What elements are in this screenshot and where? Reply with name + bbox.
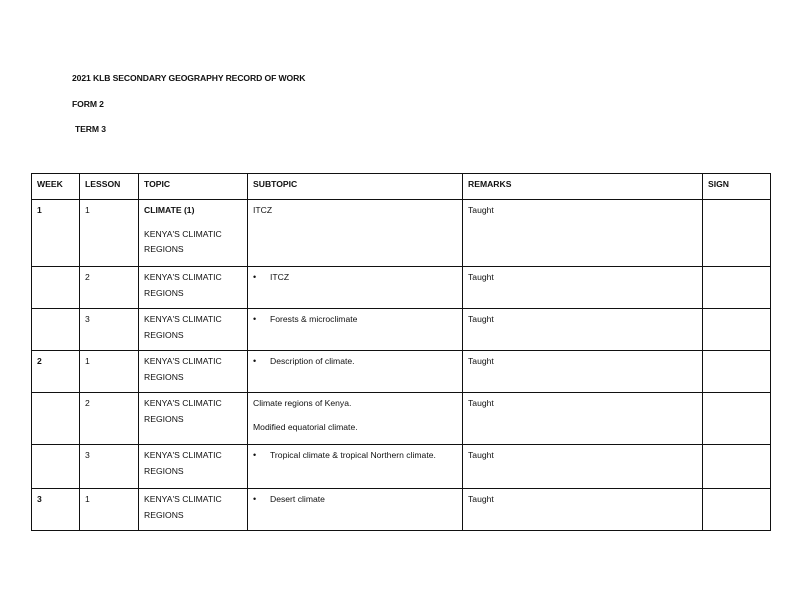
subtopic-text-2: Modified equatorial climate. xyxy=(253,420,457,436)
remarks-cell: Taught xyxy=(463,267,703,309)
remarks-cell: Taught xyxy=(463,445,703,489)
subtopic-text: Forests & microclimate xyxy=(270,312,357,328)
remarks-cell: Taught xyxy=(463,489,703,531)
table-row: 2 KENYA'S CLIMATIC REGIONS Climate regio… xyxy=(32,393,771,445)
topic-cell: KENYA'S CLIMATIC REGIONS xyxy=(139,351,248,393)
table-row: 2 KENYA'S CLIMATIC REGIONS •ITCZ Taught xyxy=(32,267,771,309)
subtopic-text: Description of climate. xyxy=(270,354,355,370)
topic-cell: KENYA'S CLIMATIC REGIONS xyxy=(139,445,248,489)
sign-cell[interactable] xyxy=(703,309,771,351)
table-row: 3 KENYA'S CLIMATIC REGIONS •Forests & mi… xyxy=(32,309,771,351)
table-header-row: WEEK LESSON TOPIC SUBTOPIC REMARKS SIGN xyxy=(32,174,771,200)
column-header-sign: SIGN xyxy=(703,174,771,200)
subtopic-text: Tropical climate & tropical Northern cli… xyxy=(270,448,436,464)
column-header-topic: TOPIC xyxy=(139,174,248,200)
week-cell xyxy=(32,445,80,489)
table-row: 2 1 KENYA'S CLIMATIC REGIONS •Descriptio… xyxy=(32,351,771,393)
lesson-cell: 2 xyxy=(80,267,139,309)
term-label: TERM 3 xyxy=(75,124,106,134)
topic-heading: CLIMATE (1) xyxy=(144,203,242,219)
sign-cell[interactable] xyxy=(703,393,771,445)
subtopic-cell: ITCZ xyxy=(248,200,463,267)
topic-cell: KENYA'S CLIMATIC REGIONS xyxy=(139,489,248,531)
week-cell xyxy=(32,267,80,309)
subtopic-text: ITCZ xyxy=(270,270,289,286)
remarks-cell: Taught xyxy=(463,351,703,393)
column-header-week: WEEK xyxy=(32,174,80,200)
document-title: 2021 KLB SECONDARY GEOGRAPHY RECORD OF W… xyxy=(72,73,305,83)
form-label: FORM 2 xyxy=(72,99,104,109)
table-row: 3 1 KENYA'S CLIMATIC REGIONS •Desert cli… xyxy=(32,489,771,531)
column-header-remarks: REMARKS xyxy=(463,174,703,200)
topic-cell: KENYA'S CLIMATIC REGIONS xyxy=(139,267,248,309)
topic-cell: CLIMATE (1) KENYA'S CLIMATIC REGIONS xyxy=(139,200,248,267)
column-header-lesson: LESSON xyxy=(80,174,139,200)
lesson-cell: 1 xyxy=(80,489,139,531)
lesson-cell: 2 xyxy=(80,393,139,445)
topic-cell: KENYA'S CLIMATIC REGIONS xyxy=(139,309,248,351)
sign-cell[interactable] xyxy=(703,200,771,267)
subtopic-cell: Climate regions of Kenya. Modified equat… xyxy=(248,393,463,445)
subtopic-text: Climate regions of Kenya. xyxy=(253,396,457,412)
bullet-icon: • xyxy=(253,354,270,370)
week-cell: 3 xyxy=(32,489,80,531)
bullet-icon: • xyxy=(253,312,270,328)
record-of-work-table: WEEK LESSON TOPIC SUBTOPIC REMARKS SIGN … xyxy=(31,173,771,531)
bullet-icon: • xyxy=(253,492,270,508)
week-cell xyxy=(32,309,80,351)
topic-cell: KENYA'S CLIMATIC REGIONS xyxy=(139,393,248,445)
topic-text: KENYA'S CLIMATIC REGIONS xyxy=(144,227,242,258)
subtopic-cell: •Desert climate xyxy=(248,489,463,531)
subtopic-cell: •Forests & microclimate xyxy=(248,309,463,351)
sign-cell[interactable] xyxy=(703,351,771,393)
table-row: 3 KENYA'S CLIMATIC REGIONS •Tropical cli… xyxy=(32,445,771,489)
week-cell: 2 xyxy=(32,351,80,393)
remarks-cell: Taught xyxy=(463,393,703,445)
lesson-cell: 1 xyxy=(80,351,139,393)
sign-cell[interactable] xyxy=(703,445,771,489)
bullet-icon: • xyxy=(253,448,270,464)
subtopic-cell: •ITCZ xyxy=(248,267,463,309)
sign-cell[interactable] xyxy=(703,489,771,531)
subtopic-text: Desert climate xyxy=(270,492,325,508)
remarks-cell: Taught xyxy=(463,309,703,351)
lesson-cell: 3 xyxy=(80,445,139,489)
column-header-subtopic: SUBTOPIC xyxy=(248,174,463,200)
remarks-cell: Taught xyxy=(463,200,703,267)
week-cell: 1 xyxy=(32,200,80,267)
subtopic-cell: •Tropical climate & tropical Northern cl… xyxy=(248,445,463,489)
bullet-icon: • xyxy=(253,270,270,286)
subtopic-cell: •Description of climate. xyxy=(248,351,463,393)
lesson-cell: 1 xyxy=(80,200,139,267)
lesson-cell: 3 xyxy=(80,309,139,351)
table-row: 1 1 CLIMATE (1) KENYA'S CLIMATIC REGIONS… xyxy=(32,200,771,267)
week-cell xyxy=(32,393,80,445)
sign-cell[interactable] xyxy=(703,267,771,309)
